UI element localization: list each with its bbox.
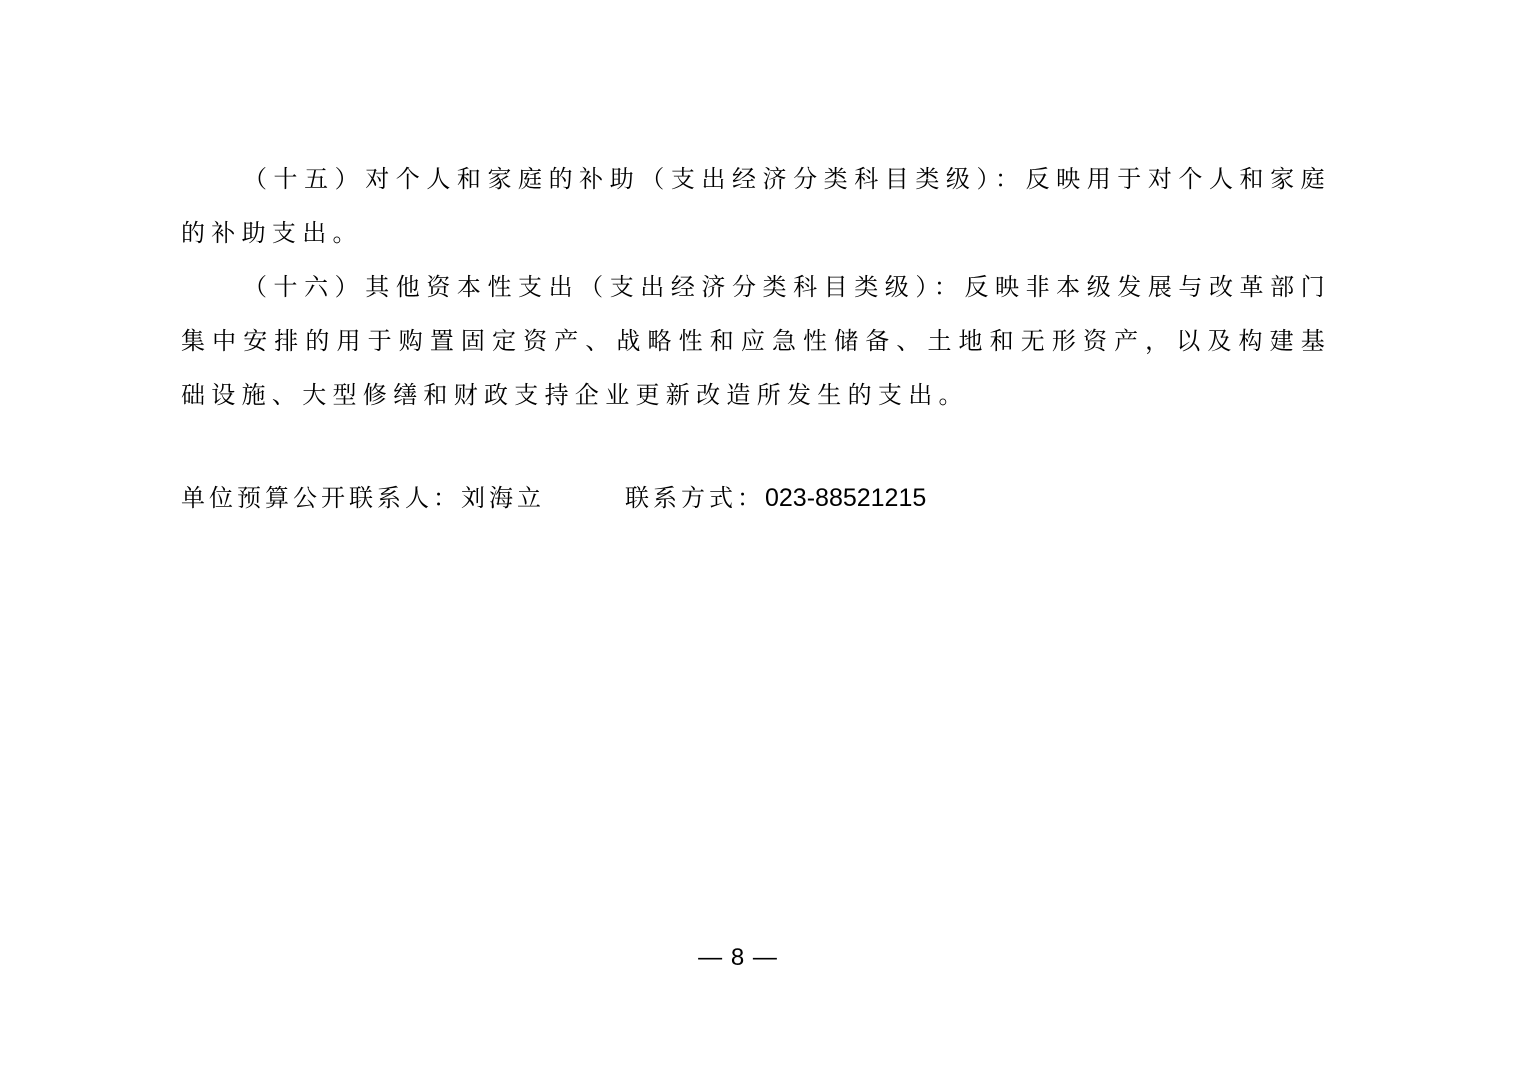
- contact-person-label: 单位预算公开联系人：: [181, 478, 461, 518]
- document-body: （十五）对个人和家庭的补助（支出经济分类科目类级）：反映用于对个人和家庭的补助支…: [181, 152, 1331, 422]
- document-page: （十五）对个人和家庭的补助（支出经济分类科目类级）：反映用于对个人和家庭的补助支…: [0, 0, 1520, 1074]
- contact-person-name: 刘海立: [461, 478, 545, 518]
- paragraph-heading: （十五）对个人和家庭的补助（支出经济分类科目类级）：: [243, 165, 1026, 193]
- contact-phone-number: 023-88521215: [765, 478, 926, 518]
- contact-phone-label: 联系方式：: [625, 478, 765, 518]
- paragraph-item-15: （十五）对个人和家庭的补助（支出经济分类科目类级）：反映用于对个人和家庭的补助支…: [181, 152, 1331, 260]
- page-number: — 8 —: [0, 942, 1476, 974]
- paragraph-item-16: （十六）其他资本性支出（支出经济分类科目类级）：反映非本级发展与改革部门集中安排…: [181, 260, 1331, 422]
- contact-line: 单位预算公开联系人： 刘海立 联系方式： 023-88521215: [181, 478, 926, 518]
- paragraph-heading: （十六）其他资本性支出（支出经济分类科目类级）：: [243, 273, 965, 301]
